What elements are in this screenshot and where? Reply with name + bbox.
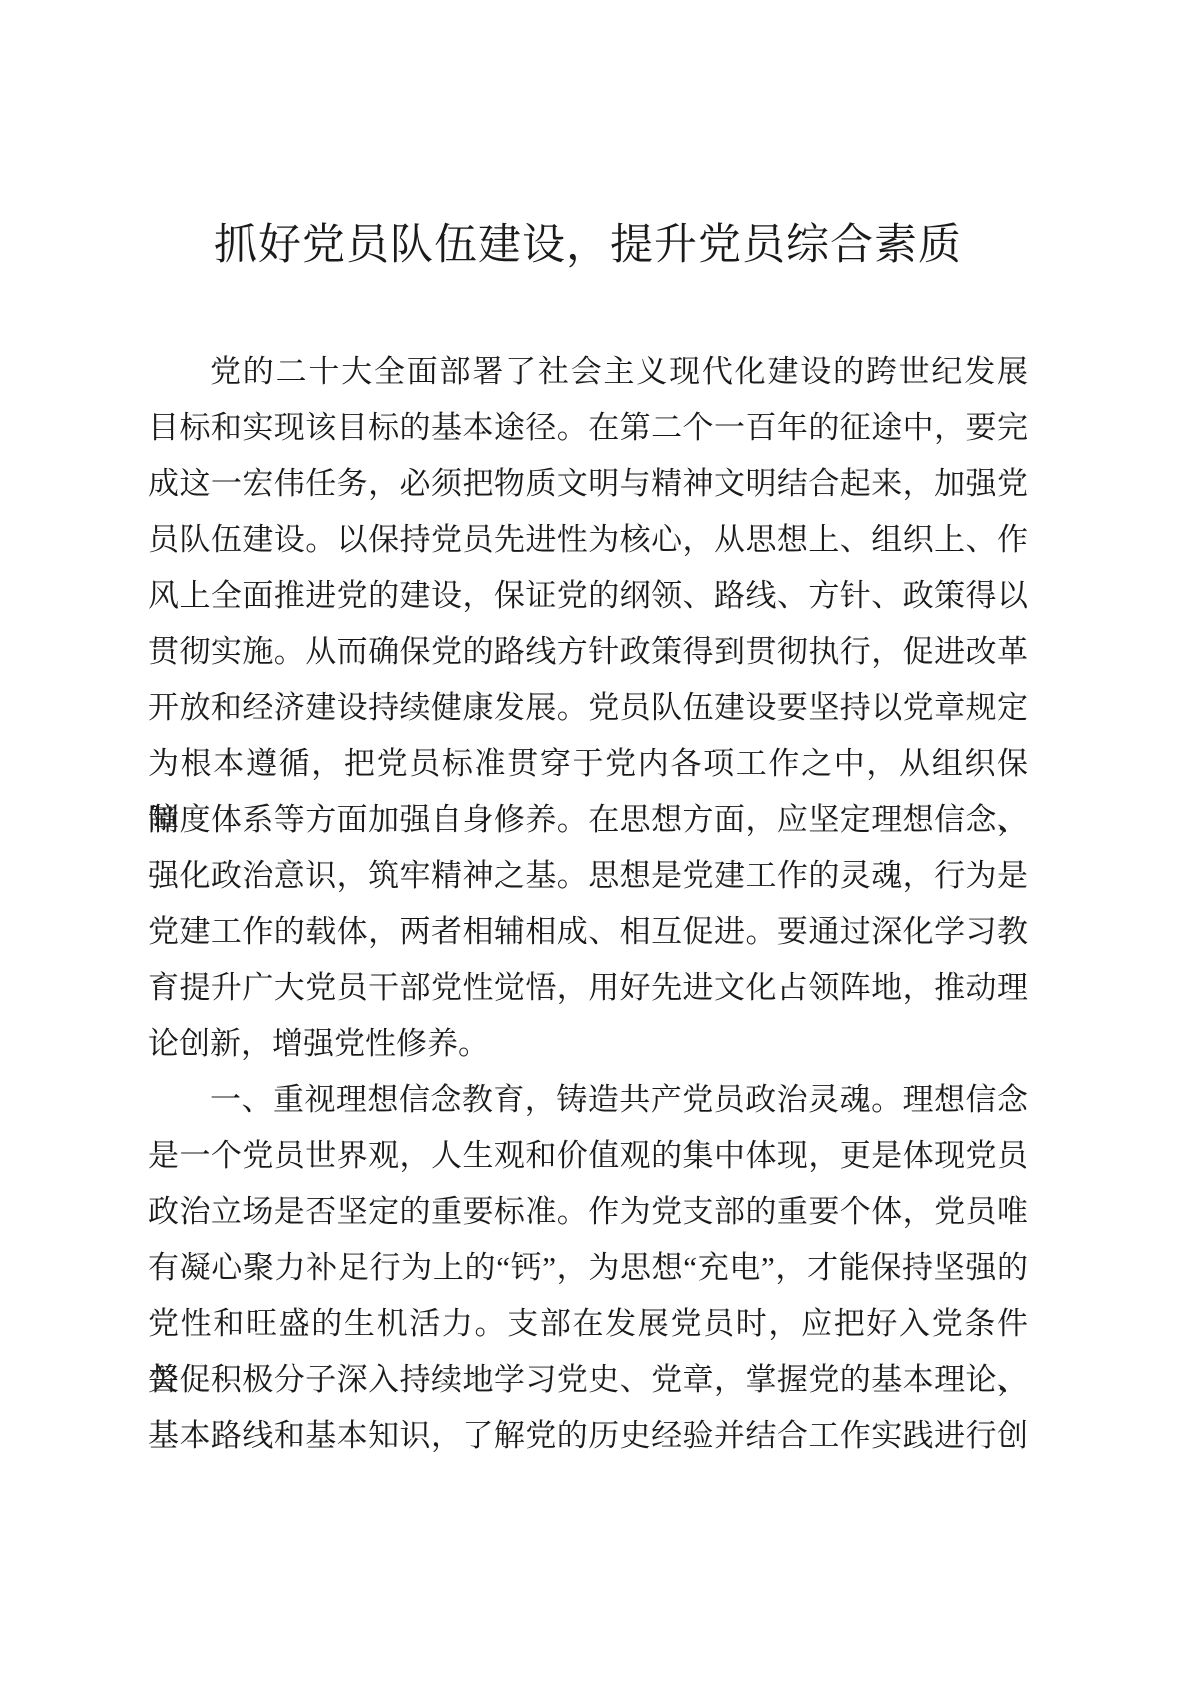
text-line: 基本路线和基本知识，了解党的历史经验并结合工作实践进行创: [148, 1408, 1028, 1464]
text-line: 目标和实现该目标的基本途径。在第二个一百年的征途中，要完: [148, 400, 1028, 456]
text-line: 育提升广大党员干部党性觉悟，用好先进文化占领阵地，推动理: [148, 960, 1028, 1016]
text-line: 论创新，增强党性修养。: [148, 1016, 1028, 1072]
document-body: 党的二十大全面部署了社会主义现代化建设的跨世纪发展目标和实现该目标的基本途径。在…: [148, 344, 1028, 1464]
text-line: 贯彻实施。从而确保党的路线方针政策得到贯彻执行，促进改革: [148, 624, 1028, 680]
text-line: 党建工作的载体，两者相辅相成、相互促进。要通过深化学习教: [148, 904, 1028, 960]
text-line: 是一个党员世界观，人生观和价值观的集中体现，更是体现党员: [148, 1128, 1028, 1184]
text-line: 党的二十大全面部署了社会主义现代化建设的跨世纪发展: [148, 344, 1028, 400]
text-line: 党性和旺盛的生机活力。支部在发展党员时，应把好入党条件关，: [148, 1296, 1028, 1352]
text-line: 为根本遵循，把党员标准贯穿于党内各项工作之中，从组织保障、: [148, 736, 1028, 792]
text-line: 政治立场是否坚定的重要标准。作为党支部的重要个体，党员唯: [148, 1184, 1028, 1240]
text-line: 开放和经济建设持续健康发展。党员队伍建设要坚持以党章规定: [148, 680, 1028, 736]
document-page: 抓好党员队伍建设，提升党员综合素质 党的二十大全面部署了社会主义现代化建设的跨世…: [0, 0, 1190, 1683]
text-line: 成这一宏伟任务，必须把物质文明与精神文明结合起来，加强党: [148, 456, 1028, 512]
text-line: 员队伍建设。以保持党员先进性为核心，从思想上、组织上、作: [148, 512, 1028, 568]
text-line: 督促积极分子深入持续地学习党史、党章，掌握党的基本理论、: [148, 1352, 1028, 1408]
text-line: 一、重视理想信念教育，铸造共产党员政治灵魂。理想信念: [148, 1072, 1028, 1128]
text-line: 有凝心聚力补足行为上的“钙”，为思想“充电”，才能保持坚强的: [148, 1240, 1028, 1296]
text-line: 风上全面推进党的建设，保证党的纲领、路线、方针、政策得以: [148, 568, 1028, 624]
text-line: 制度体系等方面加强自身修养。在思想方面，应坚定理想信念，: [148, 792, 1028, 848]
text-line: 强化政治意识，筑牢精神之基。思想是党建工作的灵魂，行为是: [148, 848, 1028, 904]
document-title: 抓好党员队伍建设，提升党员综合素质: [148, 215, 1028, 277]
